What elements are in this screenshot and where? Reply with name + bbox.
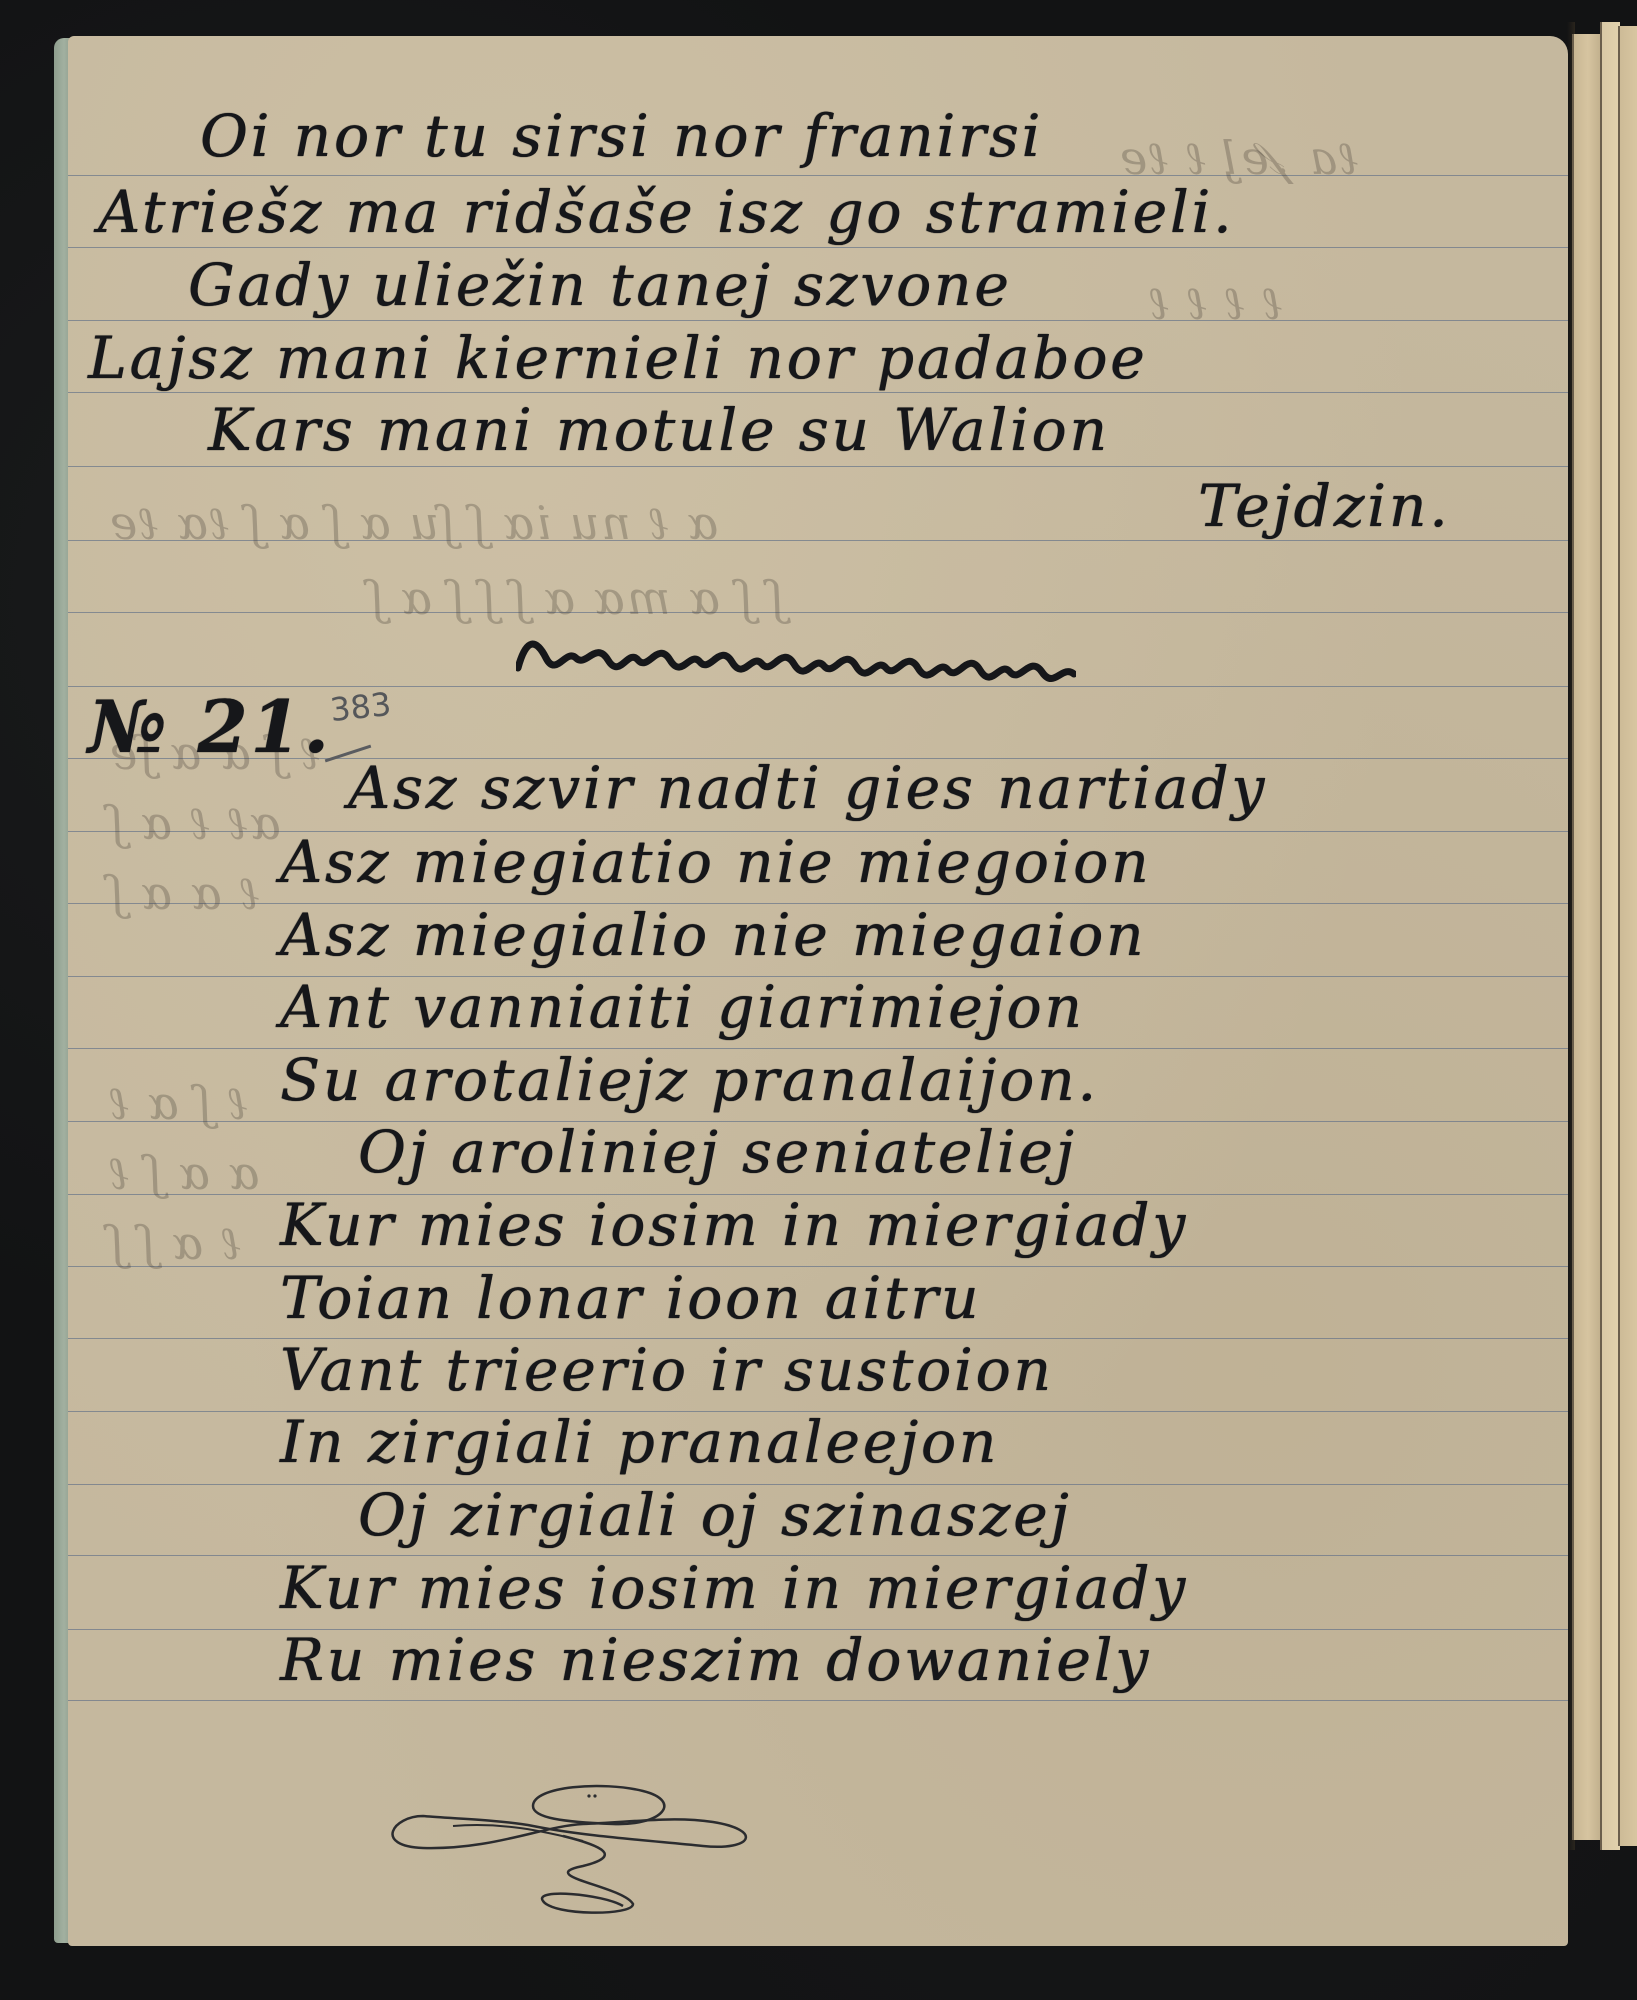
song-number: № 21. (88, 684, 332, 769)
notebook-page: ℓa 𝒻eᶅ ℓ ℓe ℓ ℓ ℓ ℓ ɑ ℓ nu iɑ ʃ ʃu ɑ ʃ ɑ… (68, 36, 1568, 1946)
ruled-line (68, 1700, 1568, 1701)
handwritten-line: Asz miegialio nie miegaion (280, 901, 1146, 969)
page-edge (1600, 22, 1620, 1850)
show-through-ink: ɑℓ ℓ ɑ ʃ (108, 796, 281, 850)
handwritten-line: Gady uliežin tanej szvone (188, 251, 1012, 319)
handwritten-line: Oi nor tu sirsi nor franirsi (200, 102, 1043, 170)
handwritten-line: Vant trieerio ir sustoion (280, 1336, 1054, 1404)
handwritten-line: Asz szvir nadti gies nartiady (348, 754, 1267, 822)
handwritten-line: In zirgiali pranaleejon (280, 1408, 999, 1476)
handwritten-line: Tejdzin. (1198, 472, 1451, 540)
show-through-ink: ℓ ʃ ɑ ℓ (108, 1076, 248, 1130)
show-through-ink: ɑ ɑ ʃ ℓ (108, 1146, 260, 1200)
handwritten-line: Ru mies nieszim dowaniely (280, 1626, 1151, 1694)
ruled-line (68, 466, 1568, 467)
show-through-ink: ɑ ℓ nu iɑ ʃ ʃu ɑ ʃ ɑ ʃ ℓɑ ℓe (108, 496, 718, 550)
ruled-line (68, 320, 1568, 321)
end-flourish (383, 1776, 763, 1916)
handwritten-line: Kur mies iosim in miergiady (280, 1191, 1188, 1259)
handwritten-line: Ant vanniaiti giarimiejon (280, 973, 1085, 1041)
ruled-line (68, 612, 1568, 613)
page-edge (1572, 34, 1602, 1840)
handwritten-line: Oj aroliniej seniateliej (358, 1118, 1077, 1186)
ruled-line (68, 247, 1568, 248)
handwritten-line: Atriešz ma ridšaše isz go stramieli. (98, 178, 1234, 246)
pencil-catalog-number: 383 (328, 685, 393, 729)
handwritten-line: Su arotaliejz pranalaijon. (280, 1046, 1099, 1114)
show-through-ink: ʃ ʃ ɑ mɑ ɑ ʃ ʃ ʃ ɑ ʃ (368, 571, 782, 625)
handwritten-line: Oj zirgiali oj szinaszej (358, 1481, 1071, 1549)
ruled-line (68, 392, 1568, 393)
handwritten-line: Toian lonar ioon aitru (280, 1264, 981, 1332)
handwritten-line: Kars mani motule su Walion (208, 396, 1110, 464)
handwritten-line: Lajsz mani kiernieli nor padaboe (88, 324, 1148, 392)
show-through-ink: ℓ ℓ ℓ ℓ (1148, 276, 1283, 330)
handwritten-line: Asz miegiatio nie miegoion (280, 828, 1151, 896)
show-through-ink: ℓ ɑ ʃ ʃ (108, 1216, 241, 1270)
page-edge (1618, 26, 1637, 1846)
wavy-divider (516, 628, 1076, 688)
show-through-ink: ℓ ɑ ɑ ʃ (108, 866, 260, 920)
stacked-page-edges (1572, 22, 1637, 1850)
handwritten-line: Kur mies iosim in miergiady (280, 1554, 1188, 1622)
